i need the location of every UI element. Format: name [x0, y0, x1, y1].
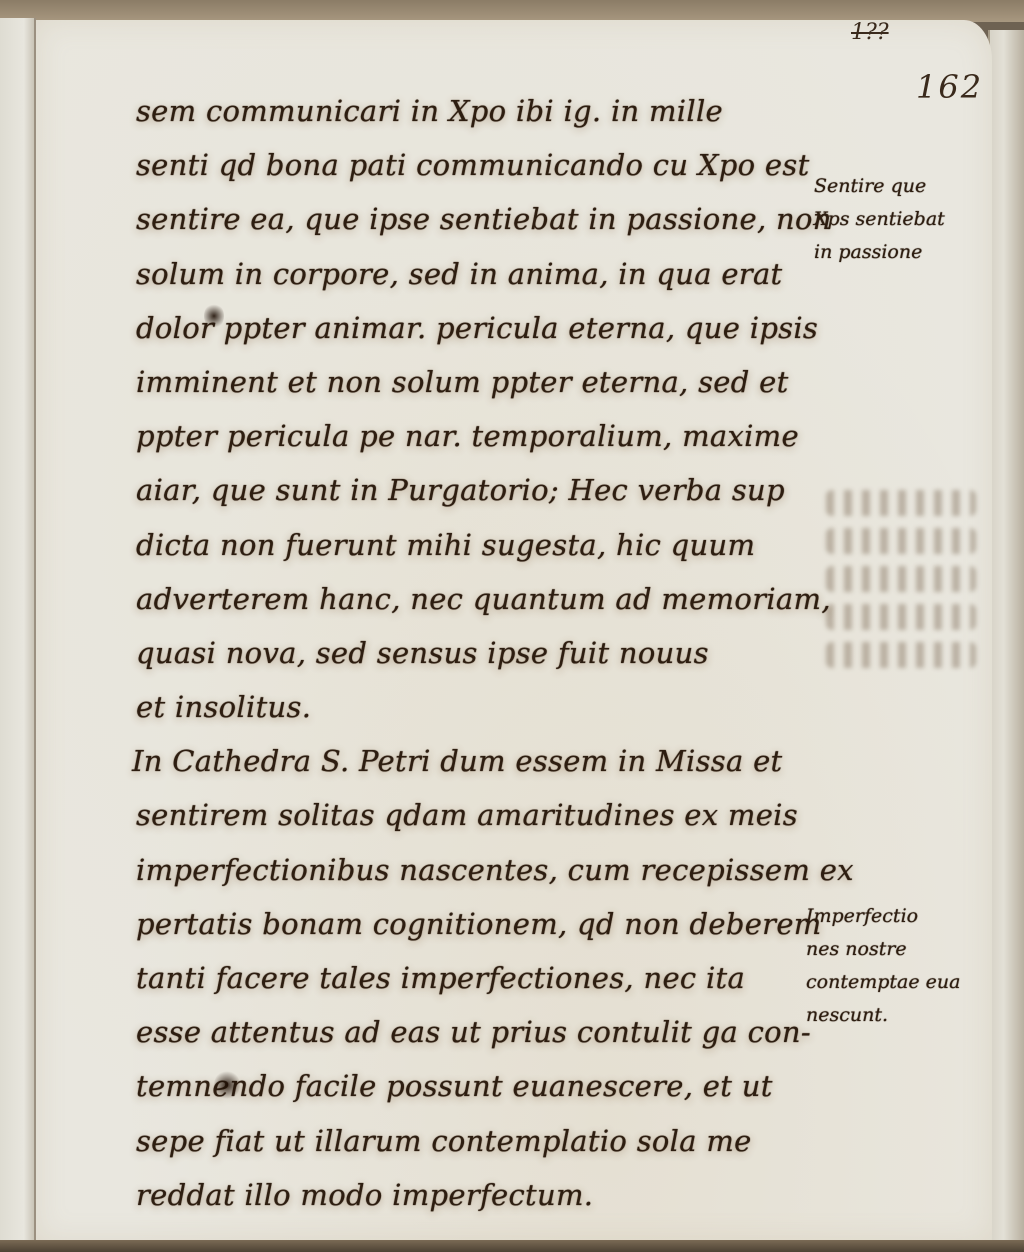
text-line: sentire ea, que ipse sentiebat in passio… — [136, 192, 836, 246]
folio-number: 162 — [916, 68, 983, 106]
text-line: sem communicari in Xpo ibi ig. in mille — [136, 84, 836, 138]
text-line: ppter pericula pe nar. temporalium, maxi… — [136, 409, 836, 463]
text-line: dicta non fuerunt mihi sugesta, hic quum — [136, 518, 836, 572]
text-line: temnendo facile possunt euanescere, et u… — [136, 1059, 836, 1113]
main-text-block: sem communicari in Xpo ibi ig. in mille … — [136, 84, 836, 1222]
text-line: esse attentus ad eas ut prius contulit g… — [136, 1005, 836, 1059]
ink-blot — [214, 1070, 240, 1100]
margin-note-line: Sentire que — [814, 170, 945, 203]
text-line: et insolitus. — [136, 680, 836, 734]
text-line: sentirem solitas qdam amaritudines ex me… — [136, 788, 836, 842]
margin-note-sentire: Sentire que Xps sentiebat in passione — [814, 170, 945, 269]
margin-note-line: contemptae eua — [806, 966, 960, 999]
manuscript-leaf: 1?? 162 sem communicari in Xpo ibi ig. i… — [36, 20, 992, 1242]
folio-number-crossed-out: 1?? — [851, 20, 889, 45]
text-line: solum in corpore, sed in anima, in qua e… — [136, 247, 836, 301]
text-line: tanti facere tales imperfectiones, nec i… — [136, 951, 836, 1005]
text-line-paragraph-start: In Cathedra S. Petri dum essem in Missa … — [132, 734, 836, 788]
text-line: sepe fiat ut illarum contemplatio sola m… — [136, 1114, 836, 1168]
margin-note-line: nescunt. — [806, 999, 960, 1032]
margin-note-line: nes nostre — [806, 933, 960, 966]
margin-note-line: Imperfectio — [806, 900, 960, 933]
ink-bleed-through — [826, 490, 976, 720]
text-line: dolor ppter animar. pericula eterna, que… — [136, 301, 836, 355]
text-line: senti qd bona pati communicando cu Xpo e… — [136, 138, 836, 192]
facing-page-edge — [0, 18, 36, 1240]
page-stack-edge — [988, 30, 1024, 1240]
text-line: imminent et non solum ppter eterna, sed … — [136, 355, 836, 409]
ink-blot — [204, 303, 224, 329]
binding-bottom-edge — [0, 1240, 1024, 1252]
text-line: imperfectionibus nascentes, cum recepiss… — [136, 843, 836, 897]
text-line: aiar, que sunt in Purgatorio; Hec verba … — [136, 463, 836, 517]
text-line: quasi nova, sed sensus ipse fuit nouus — [136, 626, 836, 680]
margin-note-line: Xps sentiebat — [814, 203, 945, 236]
margin-note-imperfectiones: Imperfectio nes nostre contemptae eua ne… — [806, 900, 960, 1032]
binding-top-edge — [0, 0, 1024, 22]
text-line: adverterem hanc, nec quantum ad memoriam… — [136, 572, 836, 626]
margin-note-line: in passione — [814, 236, 945, 269]
text-line: reddat illo modo imperfectum. — [136, 1168, 836, 1222]
text-line: pertatis bonam cognitionem, qd non deber… — [136, 897, 836, 951]
